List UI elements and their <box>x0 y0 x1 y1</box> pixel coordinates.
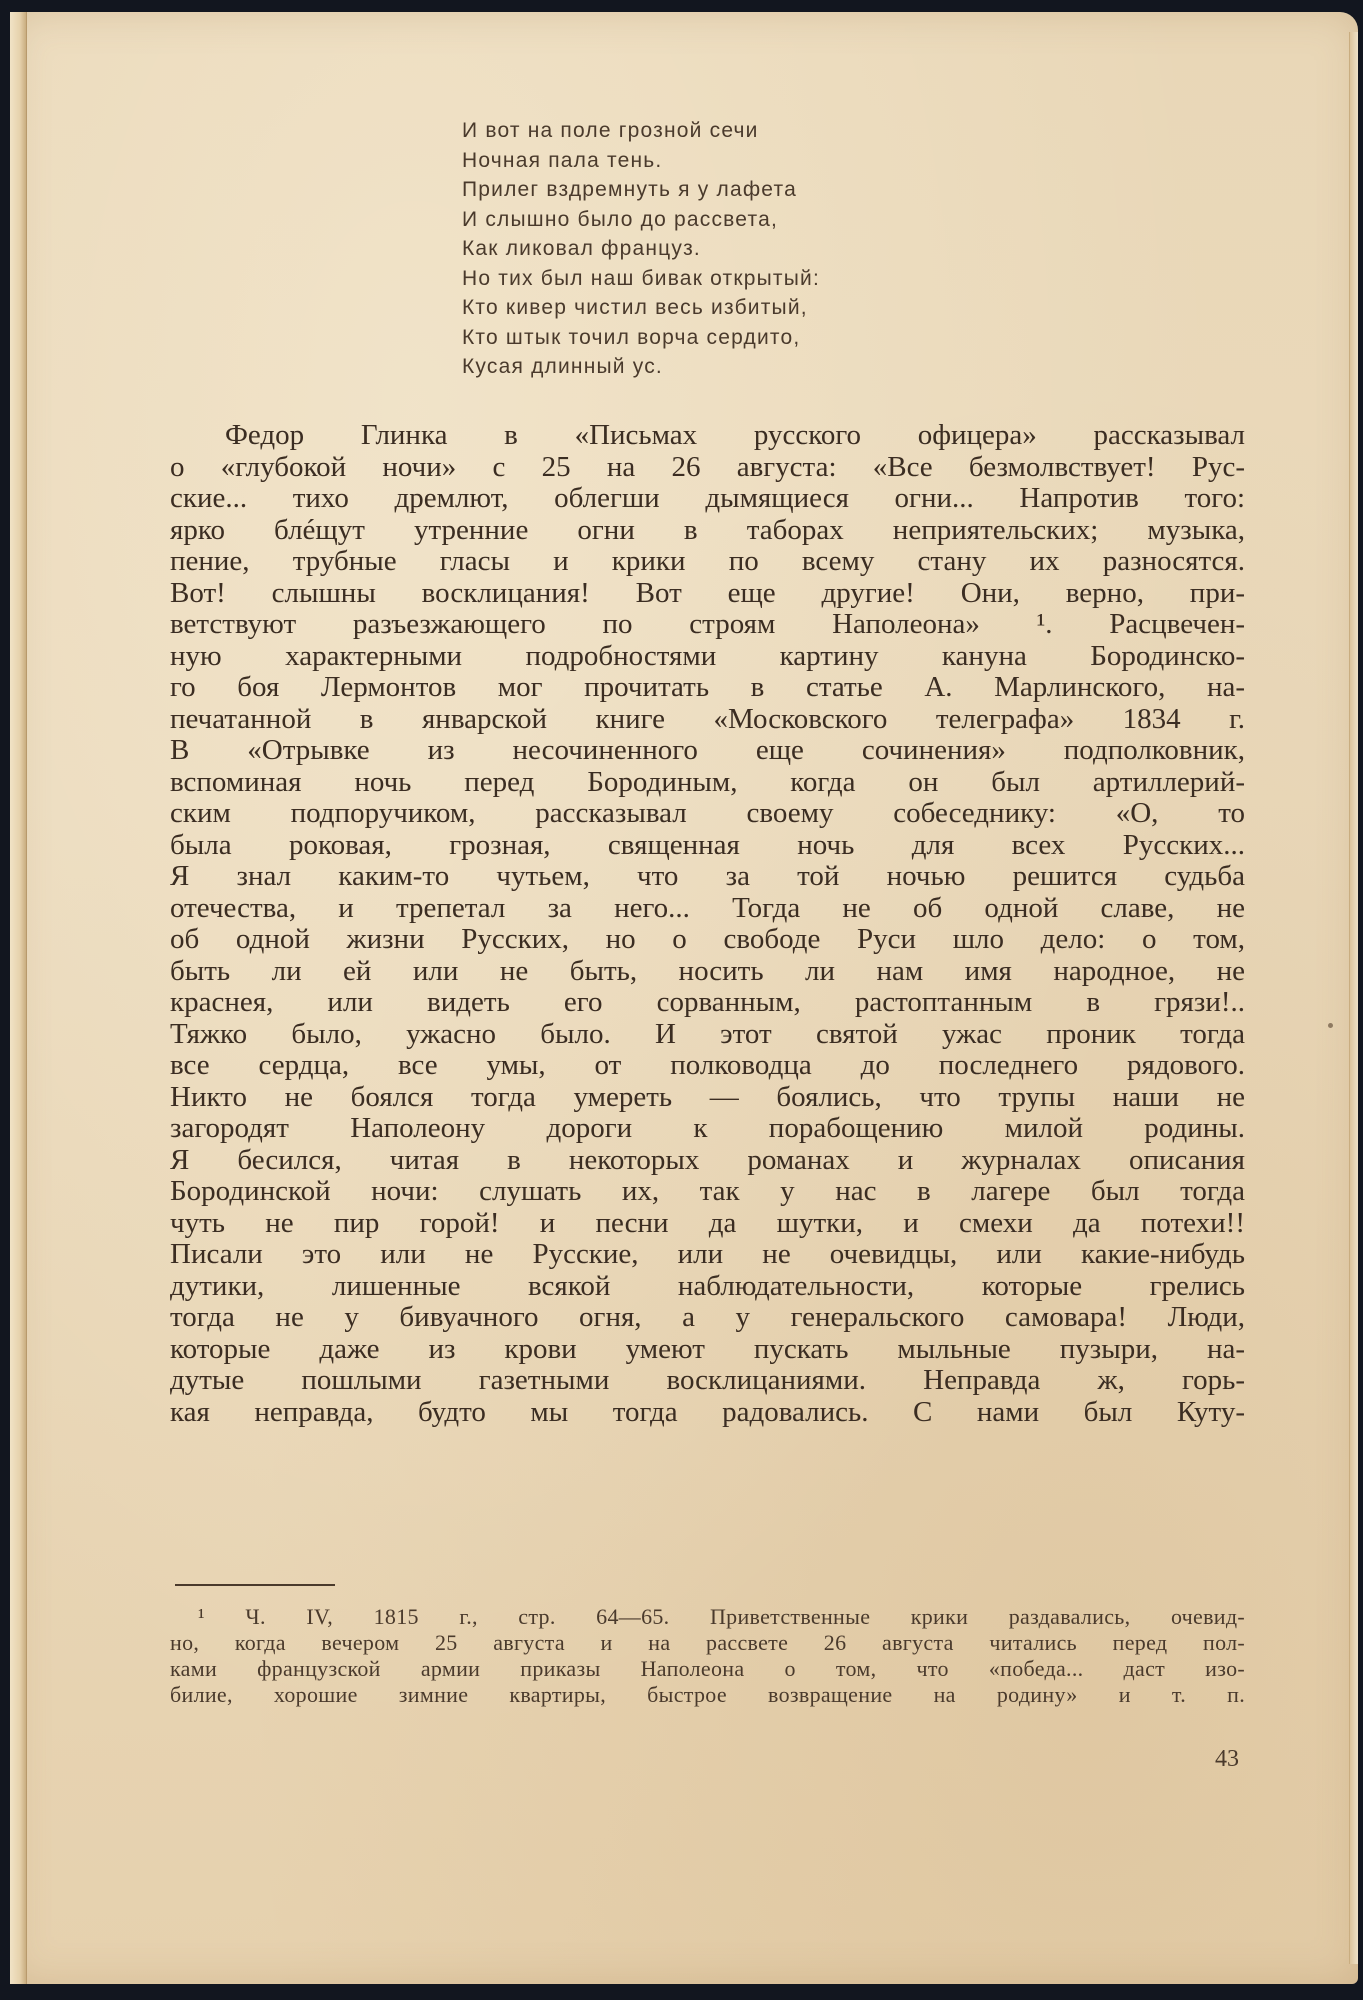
poem-line: Кто кивер чистил весь избитый, <box>462 293 820 323</box>
body-line: которые даже из крови умеют пускать мыль… <box>170 1334 1245 1366</box>
body-line: о «глубокой ночи» с 25 на 26 августа: «В… <box>170 452 1245 484</box>
paper-speck <box>1328 1023 1333 1028</box>
body-line: была роковая, грозная, священная ночь дл… <box>170 830 1245 862</box>
footnote-separator <box>175 1584 335 1586</box>
body-line: ярко блéщут утренние огни в таборах непр… <box>170 515 1245 547</box>
body-line: Федор Глинка в «Письмах русского офицера… <box>170 420 1245 452</box>
body-line: дутики, лишенные всякой наблюдательности… <box>170 1271 1245 1303</box>
poem-line: Ночная пала тень. <box>462 146 820 176</box>
body-line: дутые пошлыми газетными восклицаниями. Н… <box>170 1365 1245 1397</box>
footnote-line: билие, хорошие зимние квартиры, быстрое … <box>170 1682 1245 1708</box>
body-line: ским подпоручиком, рассказывал своему со… <box>170 798 1245 830</box>
poem-line: Кто штык точил ворча сердито, <box>462 323 820 353</box>
body-line: кая неправда, будто мы тогда радовались.… <box>170 1397 1245 1429</box>
poem-epigraph: И вот на поле грозной сечи Ночная пала т… <box>462 116 820 382</box>
poem-line: И вот на поле грозной сечи <box>462 116 820 146</box>
poem-line: Кусая длинный ус. <box>462 352 820 382</box>
body-line: пение, трубные гласы и крики по всему ст… <box>170 546 1245 578</box>
body-line: В «Отрывке из несочиненного еще сочинени… <box>170 735 1245 767</box>
body-line: загородят Наполеону дороги к порабощению… <box>170 1113 1245 1145</box>
body-line: Тяжко было, ужасно было. И этот святой у… <box>170 1019 1245 1051</box>
body-line: отечества, и трепетал за него... Тогда н… <box>170 893 1245 925</box>
body-line: Никто не боялся тогда умереть — боялись,… <box>170 1082 1245 1114</box>
body-line: ветствуют разъезжающего по строям Наполе… <box>170 609 1245 641</box>
body-line: об одной жизни Русских, но о свободе Рус… <box>170 924 1245 956</box>
body-paragraph: Федор Глинка в «Письмах русского офицера… <box>170 420 1245 1428</box>
body-line: тогда не у бивуачного огня, а у генераль… <box>170 1302 1245 1334</box>
body-line: ную характерными подробностями картину к… <box>170 641 1245 673</box>
footnote: ¹ Ч. IV, 1815 г., стр. 64—65. Приветстве… <box>170 1604 1245 1708</box>
page-right-edge <box>1349 32 1358 1964</box>
footnote-line: ¹ Ч. IV, 1815 г., стр. 64—65. Приветстве… <box>170 1604 1245 1630</box>
body-line: все сердца, все умы, от полководца до по… <box>170 1050 1245 1082</box>
body-line: быть ли ей или не быть, носить ли нам им… <box>170 956 1245 988</box>
poem-line: Прилег вздремнуть я у лафета <box>462 175 820 205</box>
body-line: краснея, или видеть его сорванным, расто… <box>170 987 1245 1019</box>
body-line: печатанной в январской книге «Московског… <box>170 704 1245 736</box>
body-line: Я бесился, читая в некоторых романах и ж… <box>170 1145 1245 1177</box>
poem-line: И слышно было до рассвета, <box>462 205 820 235</box>
footnote-line: но, когда вечером 25 августа и на рассве… <box>170 1630 1245 1656</box>
body-line: го боя Лермонтов мог прочитать в статье … <box>170 672 1245 704</box>
poem-line: Как ликовал француз. <box>462 234 820 264</box>
body-line: чуть не пир горой! и песни да шутки, и с… <box>170 1208 1245 1240</box>
body-line: Я знал каким-то чутьем, что за той ночью… <box>170 861 1245 893</box>
page-spine-edge <box>10 12 27 1984</box>
body-line: Писали это или не Русские, или не очевид… <box>170 1239 1245 1271</box>
body-line: Вот! слышны восклицания! Вот еще другие!… <box>170 578 1245 610</box>
body-line: ские... тихо дремлют, облегши дымящиеся … <box>170 483 1245 515</box>
footnote-line: ками французской армии приказы Наполеона… <box>170 1656 1245 1682</box>
poem-line: Но тих был наш бивак открытый: <box>462 264 820 294</box>
body-line: Бородинской ночи: слушать их, так у нас … <box>170 1176 1245 1208</box>
body-line: вспоминая ночь перед Бородиным, когда он… <box>170 767 1245 799</box>
page-number: 43 <box>1215 1746 1239 1773</box>
